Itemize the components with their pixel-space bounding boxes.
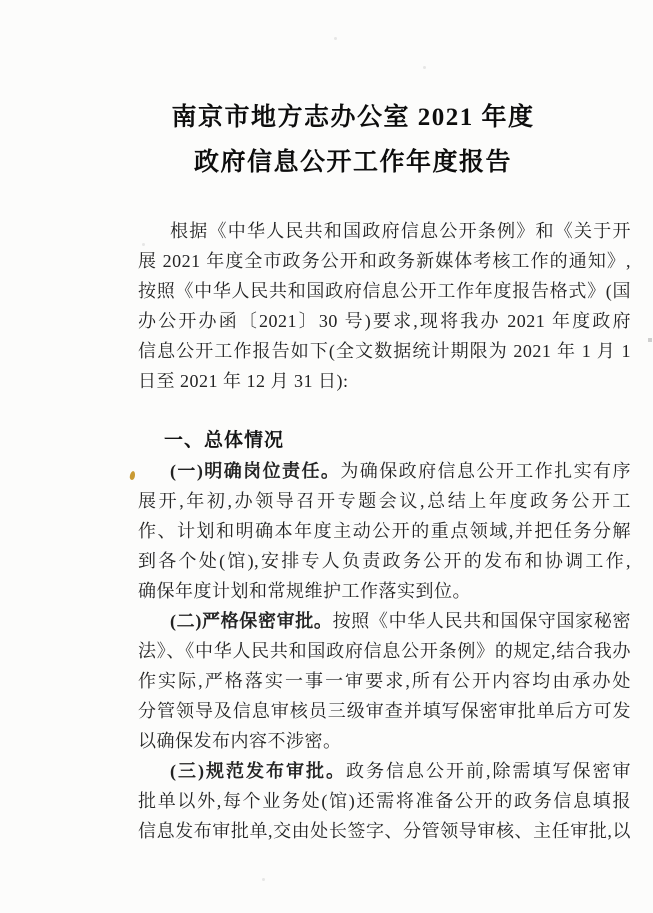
text-line: (一)明确岗位责任。为确保政府信息公开工作扎实有序 — [138, 456, 631, 486]
scan-speck — [423, 66, 426, 69]
item-2-lead: (二)严格保密审批。 — [170, 611, 333, 631]
item-1-lead: (一)明确岗位责任。 — [170, 461, 340, 481]
text-line: 作、计划和明确本年度主动公开的重点领域,并把任务分解 — [138, 516, 631, 546]
text-line: 批单以外,每个业务处(馆)还需将准备公开的政务信息填报 — [138, 786, 631, 816]
text-line: (二)严格保密审批。按照《中华人民共和国保守国家秘密 — [138, 606, 631, 636]
scan-speck — [648, 338, 652, 342]
scan-speck — [334, 37, 337, 40]
text-line: 按照《中华人民共和国政府信息公开工作年度报告格式》(国 — [138, 276, 631, 306]
text-line: 展 2021 年度全市政务公开和政务新媒体考核工作的通知》, — [138, 246, 631, 276]
text-line: 展开,年初,办领导召开专题会议,总结上年度政务公开工 — [138, 486, 631, 516]
section-heading-overview: 一、总体情况 — [138, 426, 631, 456]
item-paragraph-3: (三)规范发布审批。政务信息公开前,除需填写保密审 批单以外,每个业务处(馆)还… — [138, 756, 631, 846]
document-title: 南京市地方志办公室 2021 年度 政府信息公开工作年度报告 — [53, 95, 653, 185]
text-line: 根据《中华人民共和国政府信息公开条例》和《关于开 — [138, 216, 631, 246]
text-line: 信息发布审批单,交由处长签字、分管领导审核、主任审批,以 — [138, 816, 631, 846]
text-line: 办公开办函〔2021〕30 号)要求,现将我办 2021 年度政府 — [138, 306, 631, 336]
item-1-first-line-rest: 为确保政府信息公开工作扎实有序 — [340, 461, 631, 481]
text-line: 到各个处(馆),安排专人负责政务公开的发布和协调工作, — [138, 546, 631, 576]
scanned-document-page: 南京市地方志办公室 2021 年度 政府信息公开工作年度报告 根据《中华人民共和… — [0, 0, 653, 913]
title-line-1: 南京市地方志办公室 2021 年度 — [53, 95, 653, 140]
scan-speck — [262, 878, 265, 881]
text-line: 分管领导及信息审核员三级审查并填写保密审批单后方可发布, — [138, 696, 631, 726]
text-line: 信息公开工作报告如下(全文数据统计期限为 2021 年 1 月 1 — [138, 336, 631, 366]
text-line: 确保年度计划和常规维护工作落实到位。 — [138, 576, 631, 606]
text-line: 以确保发布内容不涉密。 — [138, 726, 631, 756]
item-paragraph-1: (一)明确岗位责任。为确保政府信息公开工作扎实有序 展开,年初,办领导召开专题会… — [138, 456, 631, 606]
text-line: 法》、《中华人民共和国政府信息公开条例》的规定,结合我办工 — [138, 636, 631, 666]
orange-ink-speck — [129, 471, 136, 481]
item-3-first-line-rest: 政务信息公开前,除需填写保密审 — [346, 761, 631, 781]
title-line-2: 政府信息公开工作年度报告 — [53, 140, 653, 185]
document-body: 根据《中华人民共和国政府信息公开条例》和《关于开 展 2021 年度全市政务公开… — [138, 216, 631, 846]
text-line: 日至 2021 年 12 月 31 日): — [138, 366, 631, 396]
item-3-lead: (三)规范发布审批。 — [170, 761, 346, 781]
item-2-first-line-rest: 按照《中华人民共和国保守国家秘密 — [333, 611, 631, 631]
intro-paragraph: 根据《中华人民共和国政府信息公开条例》和《关于开 展 2021 年度全市政务公开… — [138, 216, 631, 396]
text-line: (三)规范发布审批。政务信息公开前,除需填写保密审 — [138, 756, 631, 786]
text-line: 作实际,严格落实一事一审要求,所有公开内容均由承办处(馆)、 — [138, 666, 631, 696]
item-paragraph-2: (二)严格保密审批。按照《中华人民共和国保守国家秘密 法》、《中华人民共和国政府… — [138, 606, 631, 756]
